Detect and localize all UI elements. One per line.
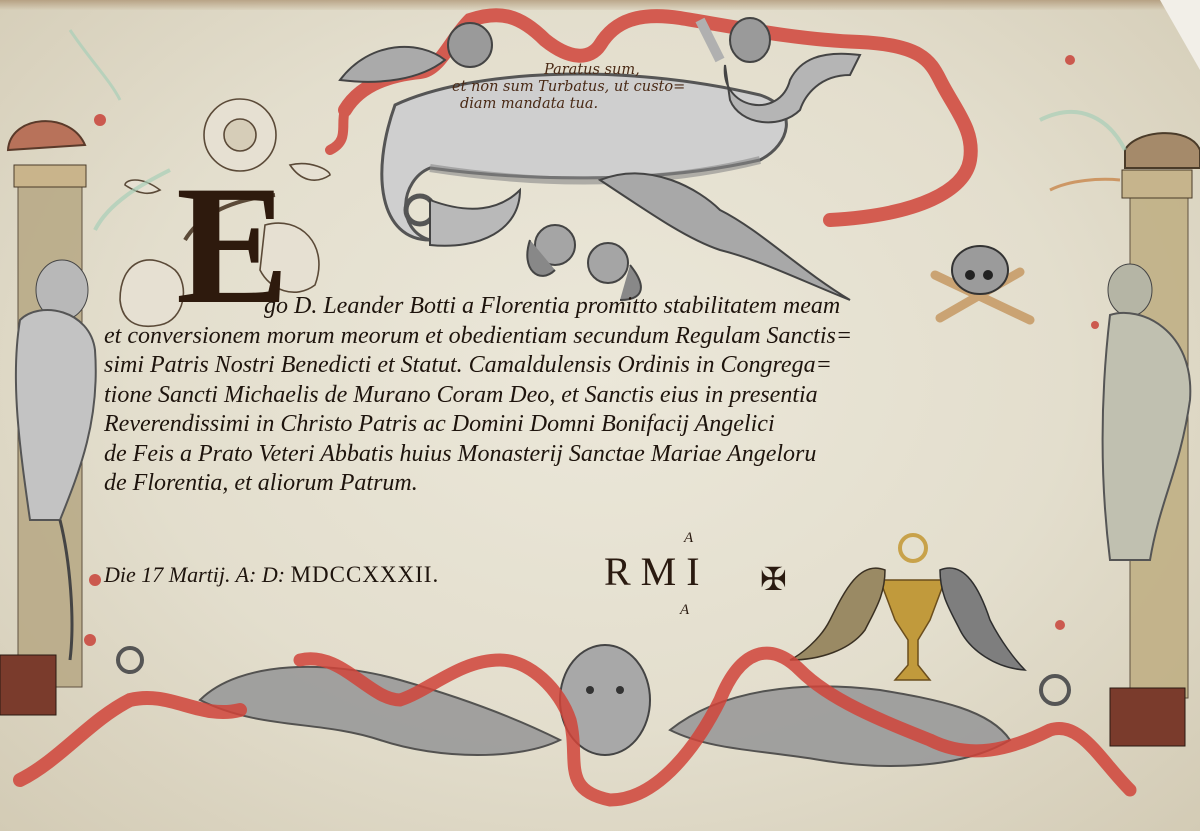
signature-monogram: R M I A A [604, 548, 700, 595]
motto-line: et non sum Turbatus, ut custo= [452, 79, 772, 96]
manuscript-sheet: Paratus sum, et non sum Turbatus, ut cus… [0, 0, 1200, 831]
monogram-subscript: A [680, 602, 689, 619]
motto-line: Paratus sum, [452, 62, 772, 79]
date-line: Die 17 Martij. A: D: MDCCXXXII. [104, 562, 439, 588]
text-line: de Feis a Prato Veteri Abbatis huius Mon… [104, 440, 1114, 470]
date-prefix: Die 17 Martij. A: D: [104, 562, 285, 587]
motto-line: diam mandata tua. [452, 96, 772, 113]
doves-and-chalice [790, 535, 1025, 680]
year-roman: MDCCXXXII. [291, 562, 440, 587]
cross-icon: ✠ [760, 560, 787, 598]
text-line: et conversionem morum meorum et obedient… [104, 322, 1114, 352]
monogram-superscript: A [684, 530, 693, 547]
text-line: simi Patris Nostri Benedicti et Statut. … [104, 351, 1114, 381]
text-line: tione Sancti Michaelis de Murano Coram D… [104, 381, 1114, 411]
monogram-letters: R M I [604, 549, 700, 594]
text-line: go D. Leander Botti a Florentia promitto… [104, 292, 1114, 322]
text-line: de Florentia, et aliorum Patrum. [104, 469, 1114, 499]
profession-text: go D. Leander Botti a Florentia promitto… [104, 292, 1114, 499]
text-line: Reverendissimi in Christo Patris ac Domi… [104, 410, 1114, 440]
banner-motto: Paratus sum, et non sum Turbatus, ut cus… [452, 62, 772, 113]
bottom-acanthus-ornament [20, 645, 1130, 800]
